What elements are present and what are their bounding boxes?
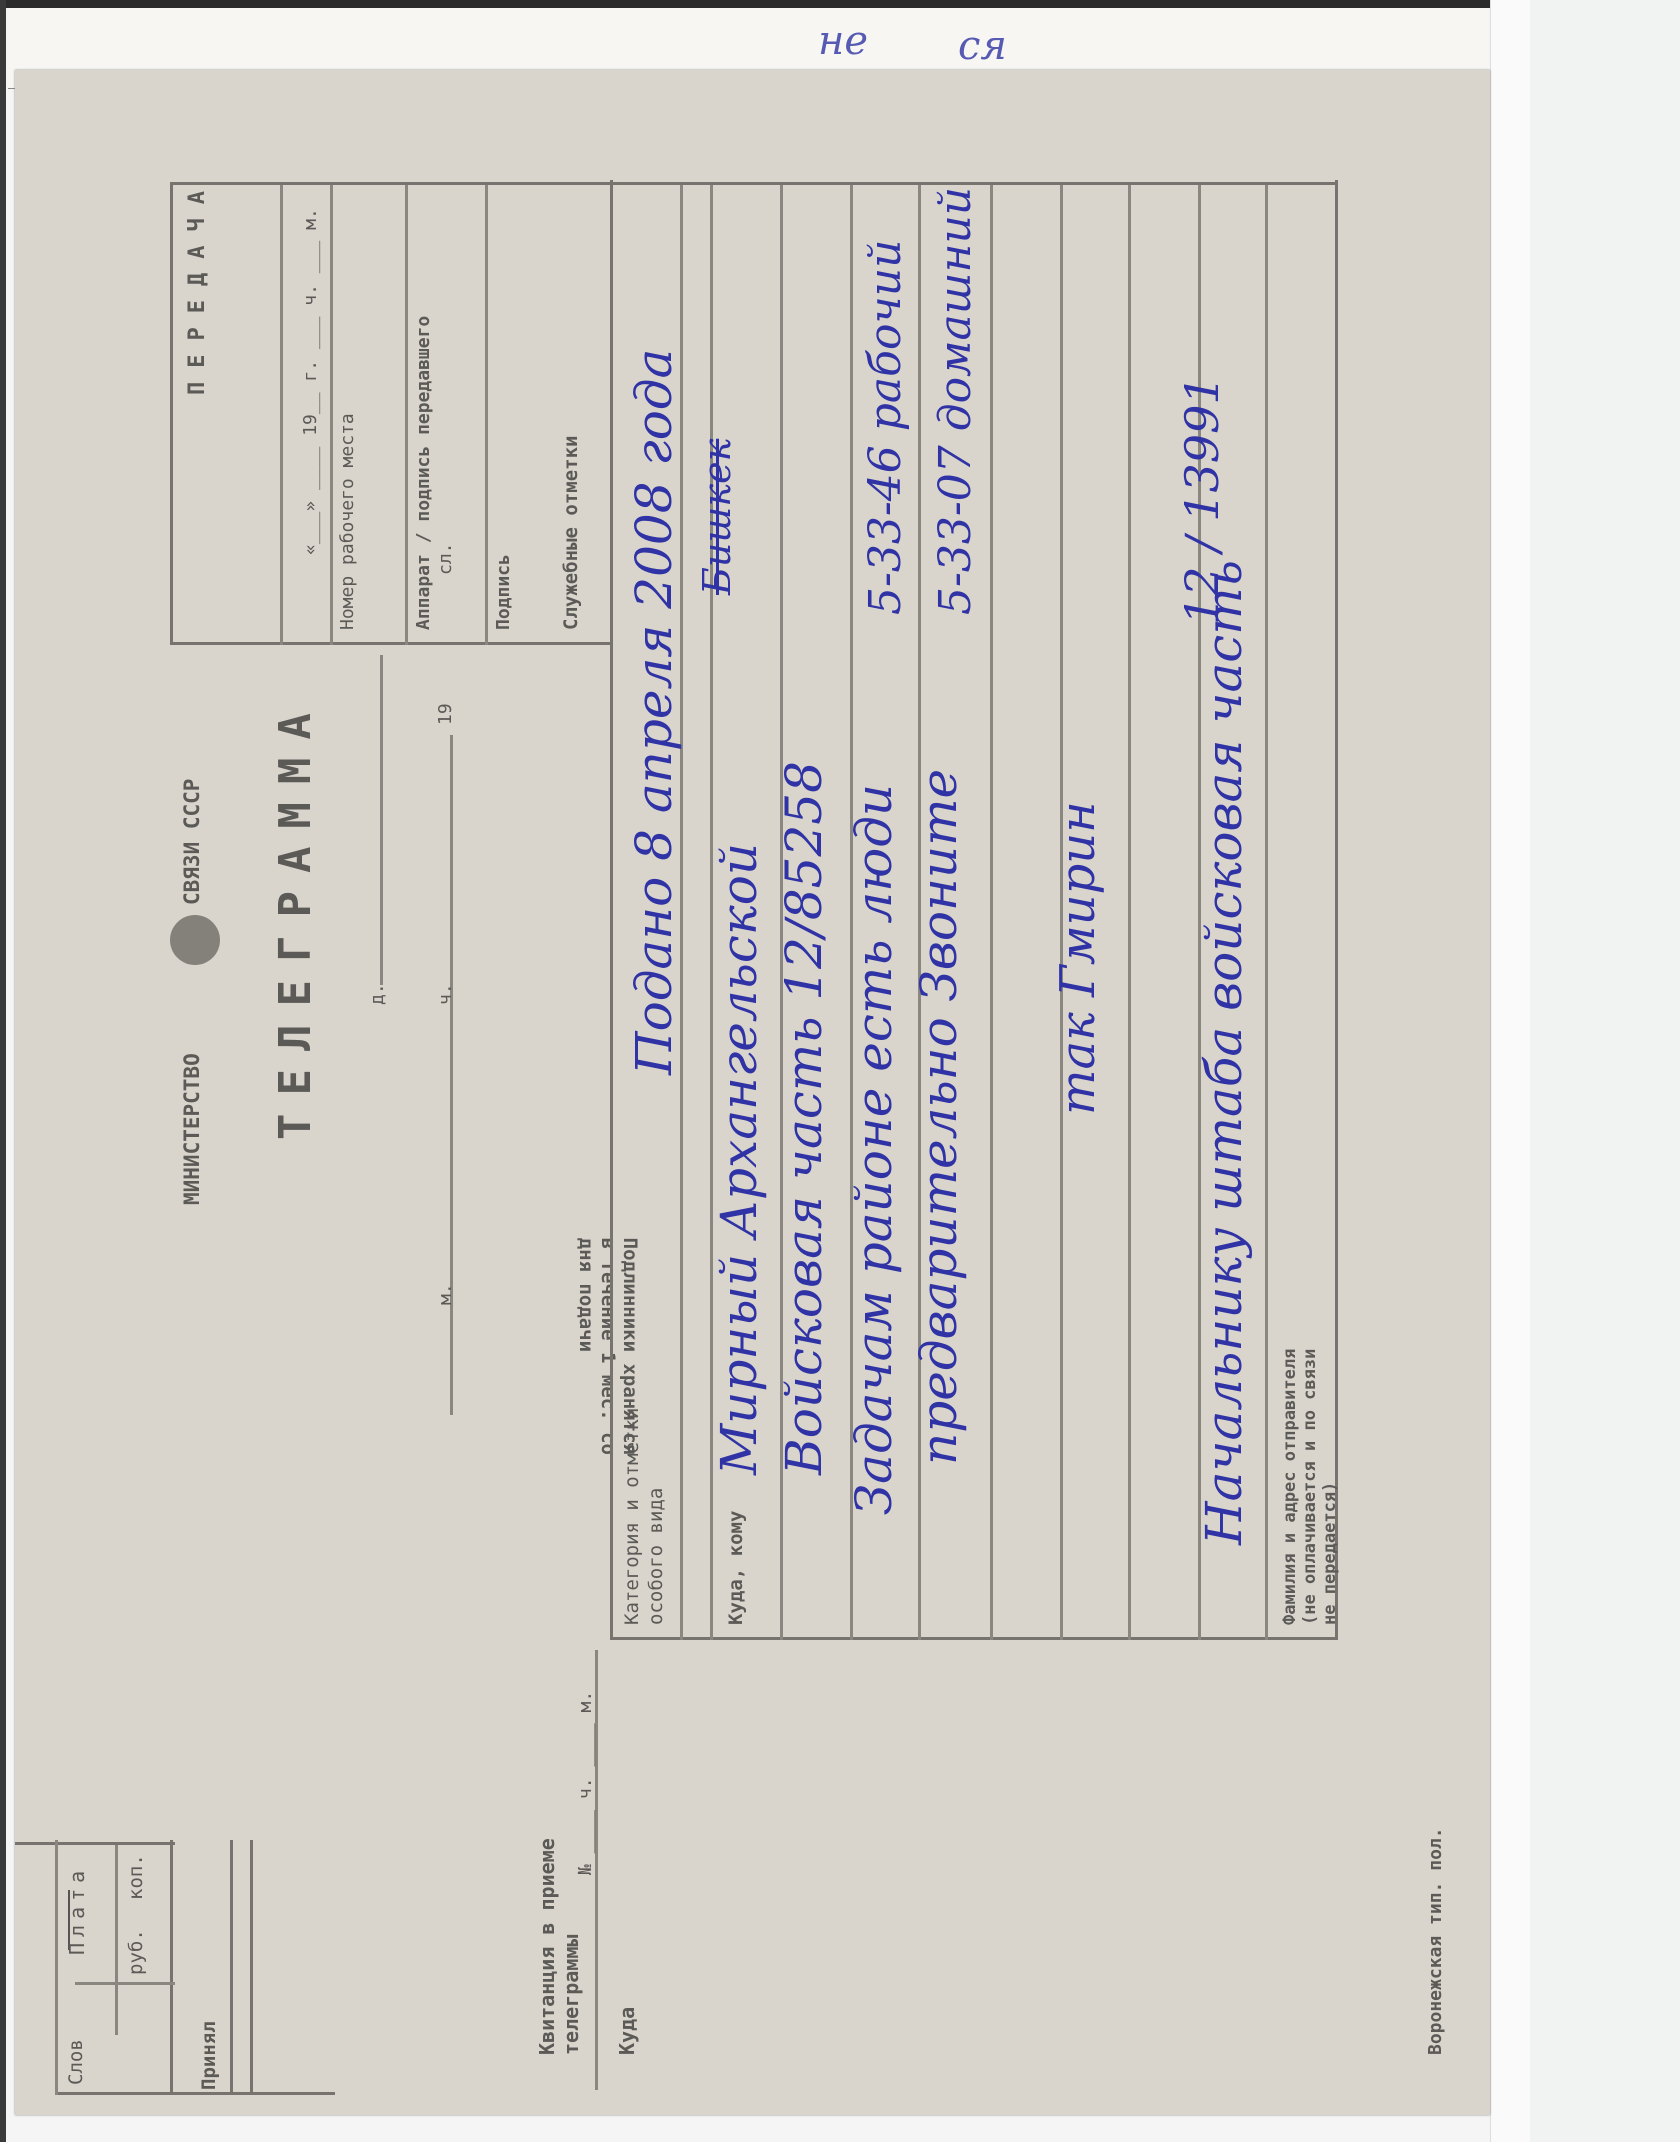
receipt-where: Куда — [615, 2006, 639, 2054]
ruled-line — [1128, 185, 1131, 1640]
date-day: д. — [367, 983, 388, 1005]
handwritten-note: Бишкек — [695, 438, 739, 594]
rule — [115, 1845, 118, 2035]
field-signature: Подпись — [493, 554, 514, 630]
handwritten-line-2: Мирный Архангельской — [710, 842, 768, 1474]
scan-edge-left — [0, 0, 6, 2142]
ministry-right: СВЯЗИ СССР — [180, 778, 204, 904]
accepted-label: Принял — [198, 2021, 220, 2090]
rule — [485, 185, 488, 645]
rub-label: руб. — [125, 1929, 147, 1975]
kop-label: коп. — [125, 1854, 147, 1900]
date-hour: ч. — [435, 983, 456, 1005]
rule — [55, 2092, 335, 2095]
ruled-line — [1265, 185, 1268, 1640]
receipt-number: № ____ ч. ____ м. — [575, 1690, 596, 1874]
rule — [280, 185, 283, 645]
handwritten-recipient: Начальнику штаба войсковая часть — [1195, 560, 1253, 1545]
rule — [15, 1842, 175, 1845]
sender-label: Фамилия и адрес отправителя (не оплачива… — [1280, 1348, 1340, 1624]
field-workplace: Номер рабочего места — [337, 413, 358, 630]
field-service-notes: Служебные отметки — [560, 435, 582, 629]
table-border-bottom-left — [610, 180, 613, 1640]
handwritten-line-4: Задачам районе есть люди — [845, 783, 903, 1514]
printer-imprint: Воронежская тип. пол. — [1425, 1827, 1446, 2055]
date-year: 19 — [435, 703, 456, 725]
rule — [170, 1840, 173, 2095]
handwritten-unit-number: 12 / 13991 — [1175, 375, 1229, 625]
table-border — [610, 1637, 1335, 1640]
handwritten-line-5: предварительно Звоните — [910, 768, 968, 1464]
ruled-line — [990, 185, 993, 1640]
words-label: Слов — [65, 2039, 87, 2085]
telegram-form-content: Слов Плата руб. коп. Принял Квитанция в … — [15, 70, 1490, 2115]
table-border — [170, 182, 1335, 185]
transmission-date: «___» ____ 19__ г. ___ ч. ___ м. — [300, 208, 321, 555]
handwritten-line-1: Подано 8 апреля 2008 года — [625, 348, 683, 1074]
handwritten-signature: так Гмирин — [1050, 801, 1106, 1115]
rule — [170, 185, 173, 645]
handwritten-line-3: Войсковая часть 12/85258 — [775, 761, 833, 1475]
rule — [330, 185, 333, 645]
back-sheet-edge — [1490, 0, 1531, 2142]
payment-label: Плата — [65, 1864, 89, 1954]
date-sl: сл. — [435, 542, 456, 575]
ministry-left: МИНИСТЕРСТВО — [180, 1053, 204, 1205]
rule — [55, 1840, 58, 2095]
rule — [75, 1982, 175, 1985]
bleed-mark: ся — [958, 23, 1007, 69]
transmission-title: ПЕРЕДАЧА — [185, 177, 210, 395]
rule — [450, 735, 453, 1415]
bleed-mark: не — [818, 18, 868, 64]
page-title: ТЕЛЕГРАММА — [270, 695, 321, 1140]
transmission-box-border — [170, 642, 610, 645]
address-label: Куда, кому — [725, 1510, 747, 1624]
rule — [380, 655, 383, 985]
field-apparatus: Аппарат / подпись передавшего — [413, 315, 434, 629]
rule — [250, 1840, 253, 2095]
ussr-emblem-icon — [170, 915, 220, 965]
handwritten-phone-home: 5-33-07 домашний — [930, 186, 981, 614]
scan-edge-top — [0, 0, 1680, 8]
rule — [405, 185, 408, 645]
scanner-background — [1530, 0, 1680, 2142]
handwritten-phone-work: 5-33-46 рабочий — [860, 239, 911, 614]
rule — [230, 1840, 233, 2095]
category-label: Категория и отметки особого вида — [620, 1407, 668, 1624]
date-min: м. — [435, 1283, 456, 1305]
